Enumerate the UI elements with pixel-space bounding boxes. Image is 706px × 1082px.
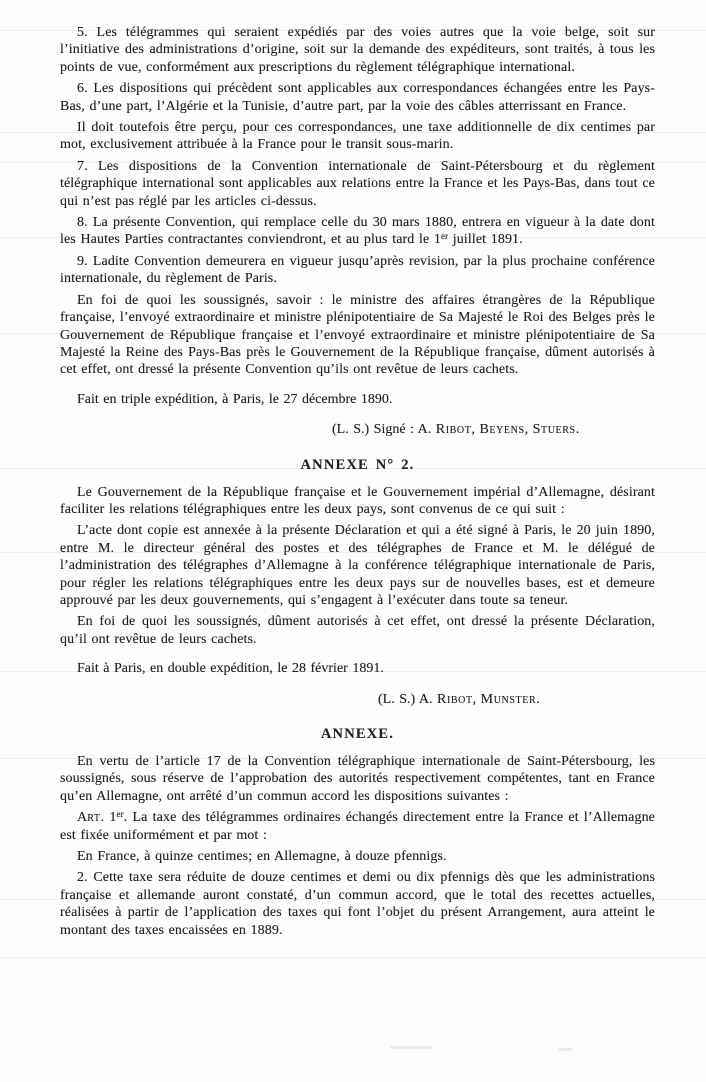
- paragraph-il-doit: Il doit toutefois être perçu, pour ces c…: [60, 119, 655, 154]
- dateline-triple-expedition: Fait en triple expédition, à Paris, le 2…: [60, 391, 655, 408]
- paragraph-5: 5. Les télégrammes qui seraient expédiés…: [60, 24, 655, 76]
- paragraph-gouvernements: Le Gouvernement de la République françai…: [60, 484, 655, 519]
- heading-annexe-no-2: ANNEXE N° 2.: [60, 456, 655, 474]
- paragraph-8: 8. La présente Convention, qui remplace …: [60, 214, 655, 249]
- paragraph-acte-declaration: L’acte dont copie est annexée à la prése…: [60, 522, 655, 609]
- signature-ribot-beyens-stuers: (L. S.) Signé : A. Ribot, Beyens, Stuers…: [60, 421, 655, 438]
- scanned-document-page: 5. Les télégrammes qui seraient expédiés…: [0, 0, 706, 1082]
- paragraph-tarifs: En France, à quinze centimes; en Allemag…: [60, 848, 655, 865]
- heading-annexe: ANNEXE.: [60, 725, 655, 743]
- paragraph-en-foi-convention: En foi de quoi les soussignés, savoir : …: [60, 292, 655, 379]
- paragraph-9: 9. Ladite Convention demeurera en vigueu…: [60, 253, 655, 288]
- paragraph-7: 7. Les dispositions de la Convention int…: [60, 158, 655, 210]
- paragraph-en-vertu: En vertu de l’article 17 de la Conventio…: [60, 753, 655, 805]
- scan-artifact-line: [0, 957, 706, 958]
- signature-ribot-munster: (L. S.) A. Ribot, Munster.: [60, 691, 655, 708]
- paragraph-article-1: Art. 1er. La taxe des télégrammes ordina…: [60, 809, 655, 844]
- dateline-double-expedition: Fait à Paris, en double expédition, le 2…: [60, 660, 655, 677]
- paragraph-en-foi-declaration: En foi de quoi les soussignés, dûment au…: [60, 613, 655, 648]
- scan-artifact-smudge: [390, 1046, 432, 1049]
- paragraph-2-reduction: 2. Cette taxe sera réduite de douze cent…: [60, 869, 655, 939]
- scan-artifact-smudge: [558, 1048, 572, 1051]
- paragraph-6: 6. Les dispositions qui précèdent sont a…: [60, 80, 655, 115]
